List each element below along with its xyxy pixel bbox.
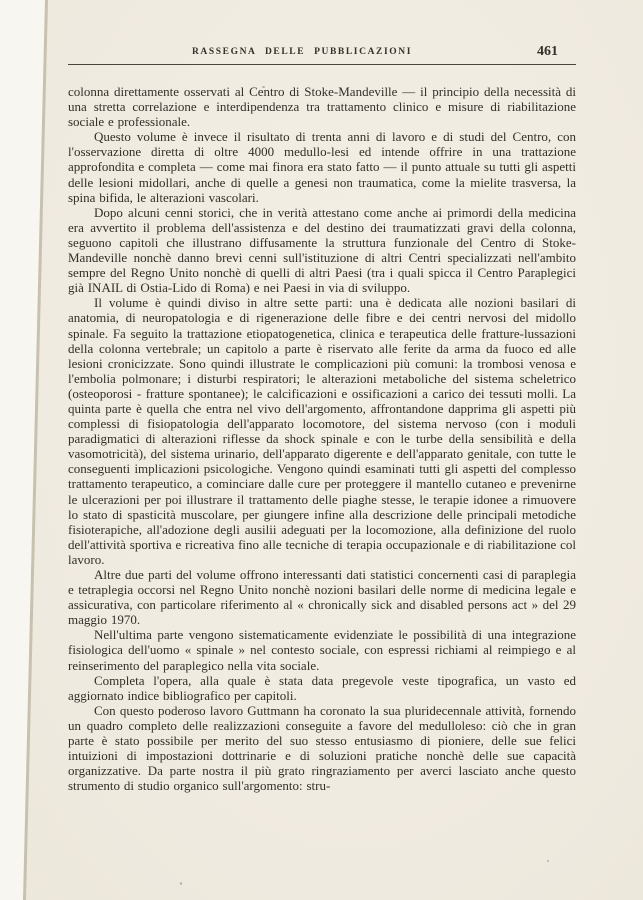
paragraph: Dopo alcuni cenni storici, che in verità…: [68, 205, 576, 296]
paragraph: Nell'ultima parte vengono sistematicamen…: [68, 627, 576, 672]
paragraph: Il volume è quindi diviso in altre sette…: [68, 295, 576, 567]
header-rule: [68, 64, 576, 65]
paragraph: Completa l'opera, alla quale è stata dat…: [68, 673, 576, 703]
scan-speck: [180, 882, 182, 885]
scan-speck: [547, 860, 549, 862]
paragraph: colonna direttamente osservati al Centro…: [68, 84, 576, 129]
running-head: RASSEGNA DELLE PUBBLICAZIONI 461: [68, 44, 576, 60]
page-number: 461: [537, 44, 558, 60]
paragraph: Questo volume è invece il risultato di t…: [68, 129, 576, 204]
paragraph: Altre due parti del volume offrono inter…: [68, 567, 576, 627]
running-head-title: RASSEGNA DELLE PUBBLICAZIONI: [68, 47, 536, 57]
article-text: colonna direttamente osservati al Centro…: [68, 84, 576, 793]
paragraph: Con questo poderoso lavoro Guttmann ha c…: [68, 703, 576, 794]
page-content: RASSEGNA DELLE PUBBLICAZIONI 461 colonna…: [68, 44, 576, 793]
scanned-journal-page: { "header": { "title": "RASSEGNA DELLE P…: [0, 0, 643, 900]
